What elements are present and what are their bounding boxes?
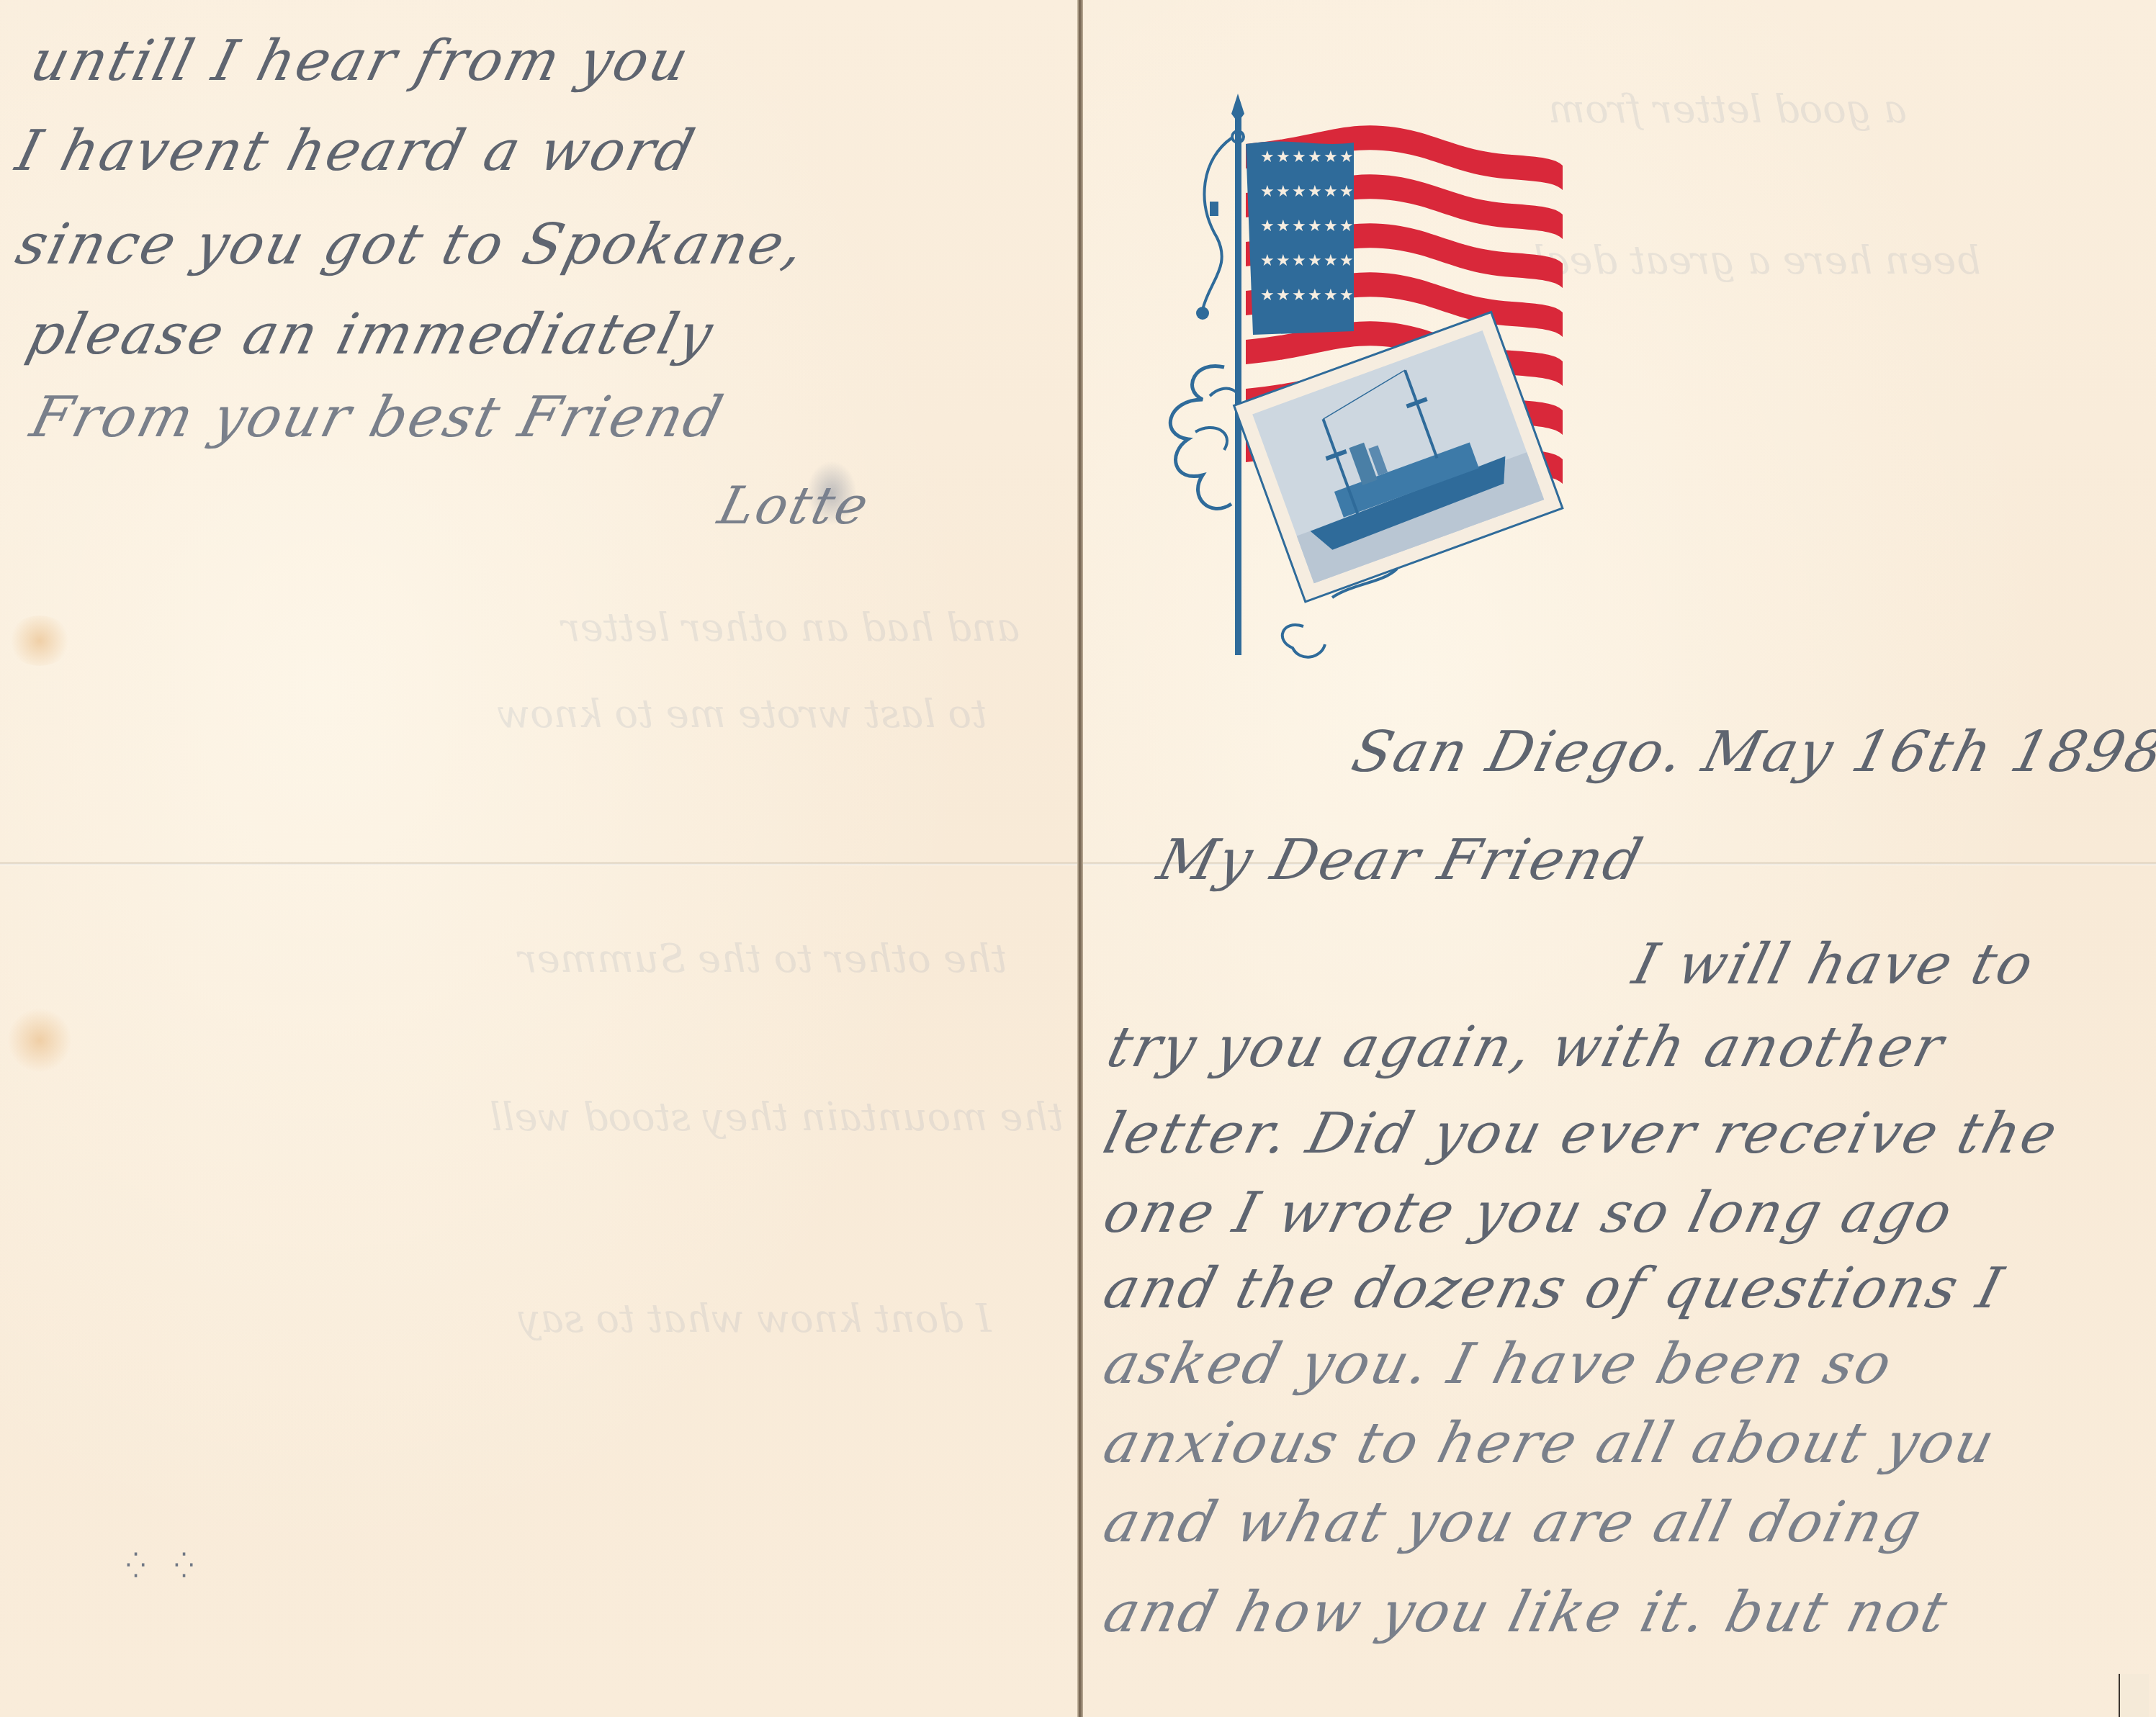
svg-text:★: ★	[1292, 217, 1306, 235]
svg-text:★: ★	[1339, 287, 1354, 305]
body-line-8: and what you are all doing	[1097, 1490, 1930, 1555]
svg-text:★: ★	[1324, 217, 1338, 235]
body-line-2: try you again, with another	[1101, 1015, 1952, 1080]
foxing-stain	[7, 616, 72, 666]
svg-text:★: ★	[1324, 252, 1338, 270]
svg-text:★: ★	[1292, 252, 1306, 270]
svg-text:★: ★	[1292, 287, 1306, 305]
foxing-stain	[7, 1008, 72, 1073]
left-line-5: From your best Friend	[24, 385, 731, 450]
svg-text:★: ★	[1276, 252, 1290, 270]
body-line-9: and how you like it. but not	[1097, 1580, 1956, 1645]
body-line-4: one I wrote you so long ago	[1097, 1181, 1961, 1245]
paper-corner	[2119, 1674, 2149, 1717]
letterhead-flag-warship: ★★★★★★★★★★★★★★★★★★★★★★★★★★★★★★	[1123, 94, 1699, 670]
svg-text:★: ★	[1260, 217, 1275, 235]
salutation: My Dear Friend	[1151, 828, 1650, 893]
horizontal-fold-left	[0, 862, 1077, 865]
svg-text:★: ★	[1308, 217, 1322, 235]
svg-text:★: ★	[1260, 252, 1275, 270]
left-line-2: I havent heard a word	[10, 119, 703, 184]
svg-text:★: ★	[1260, 148, 1275, 166]
svg-text:★: ★	[1339, 183, 1354, 201]
svg-text:★: ★	[1324, 287, 1338, 305]
svg-text:★: ★	[1308, 183, 1322, 201]
svg-text:★: ★	[1276, 217, 1290, 235]
svg-text:★: ★	[1324, 148, 1338, 166]
svg-text:★: ★	[1308, 148, 1322, 166]
ink-smudge	[807, 461, 857, 526]
svg-text:★: ★	[1276, 183, 1290, 201]
left-line-3: since you got to Spokane,	[10, 212, 813, 277]
body-line-1: I will have to	[1627, 932, 2042, 997]
svg-text:★: ★	[1339, 252, 1354, 270]
body-line-3: letter. Did you ever receive the	[1097, 1101, 2065, 1166]
svg-text:★: ★	[1339, 148, 1354, 166]
svg-text:★: ★	[1260, 183, 1275, 201]
dateline: San Diego. May 16th 1898	[1346, 720, 2156, 785]
svg-text:★: ★	[1308, 252, 1322, 270]
left-line-1: untill I hear from you	[24, 29, 697, 94]
left-line-4: please an immediately	[21, 302, 721, 367]
svg-text:★: ★	[1292, 183, 1306, 201]
flag-illustration: ★★★★★★★★★★★★★★★★★★★★★★★★★★★★★★	[1123, 94, 1699, 670]
center-fold	[1077, 0, 1083, 1717]
svg-text:★: ★	[1260, 287, 1275, 305]
svg-text:★: ★	[1276, 287, 1290, 305]
svg-text:★: ★	[1276, 148, 1290, 166]
body-line-6: asked you. I have been so	[1097, 1332, 1900, 1397]
svg-text:★: ★	[1324, 183, 1338, 201]
ink-specks: ⁛⁛	[126, 1551, 223, 1580]
body-line-7: anxious to here all about you	[1097, 1411, 2003, 1476]
svg-text:★: ★	[1308, 287, 1322, 305]
svg-text:★: ★	[1339, 217, 1354, 235]
body-line-5: and the dozens of questions I	[1097, 1256, 2011, 1321]
svg-text:★: ★	[1292, 148, 1306, 166]
